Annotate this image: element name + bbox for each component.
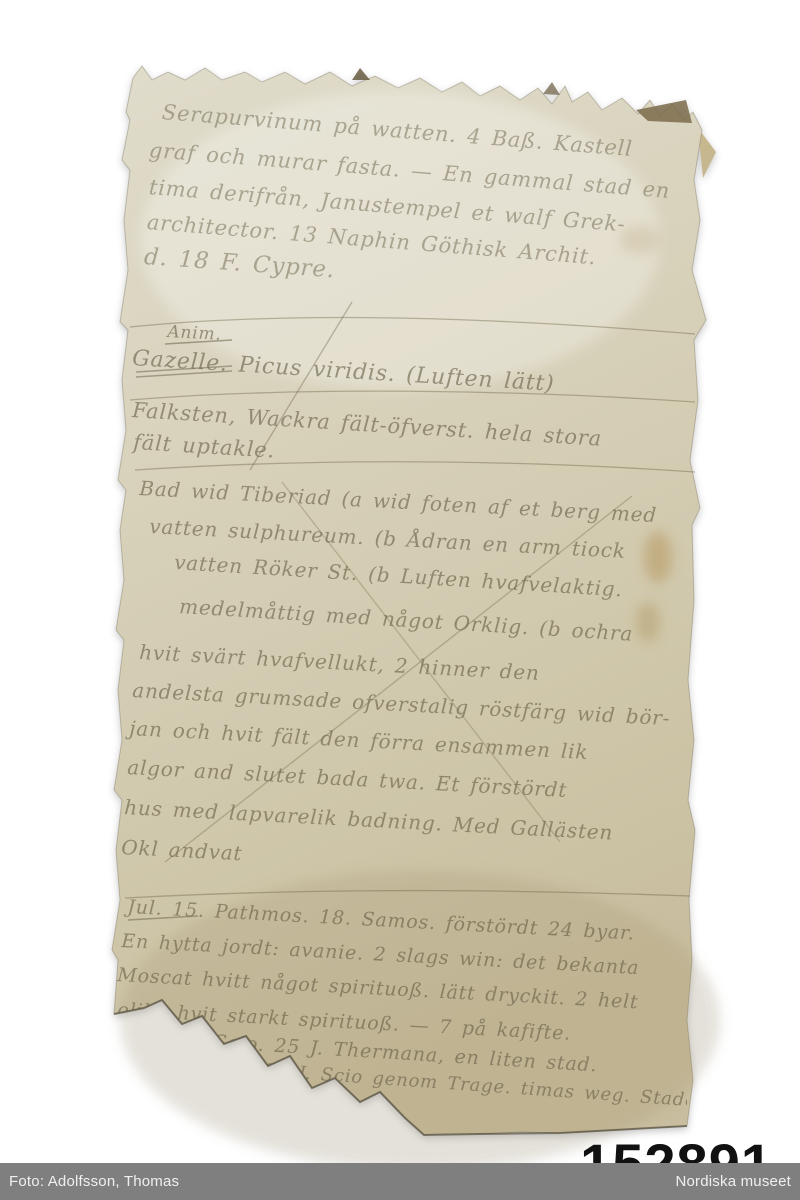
manuscript-line: Okl andvat — [121, 835, 243, 865]
manuscript-line: fält uptakle. — [133, 430, 276, 463]
footer-bar: Foto: Adolfsson, Thomas Nordiska museet — [0, 1163, 800, 1200]
manuscript-line: hus med lapvarelik badning. Med Galläste… — [124, 795, 614, 845]
manuscript-line: jan och hvit fält den förra ensammen lik — [129, 716, 589, 764]
manuscript-line: medelmåttig med något Orklig. (b ochra — [179, 594, 634, 646]
manuscript-section-label: Anim. — [167, 322, 222, 345]
museum-name: Nordiska museet — [675, 1173, 791, 1190]
manuscript-line: hvit svärt hvafvellukt, 2 hinner den — [139, 640, 541, 685]
museum-photo-canvas: Serapurvinum på watten. 4 Baß. Kastell g… — [0, 0, 800, 1200]
manuscript-line: d. 18 F. Cypre. — [143, 244, 336, 283]
manuscript-line: Gazelle. Picus viridis. (Luften lätt) — [131, 346, 555, 397]
manuscript-line: algor and slutet bada twa. Et förstördt — [127, 755, 568, 802]
photo-credit: Foto: Adolfsson, Thomas — [9, 1173, 179, 1190]
